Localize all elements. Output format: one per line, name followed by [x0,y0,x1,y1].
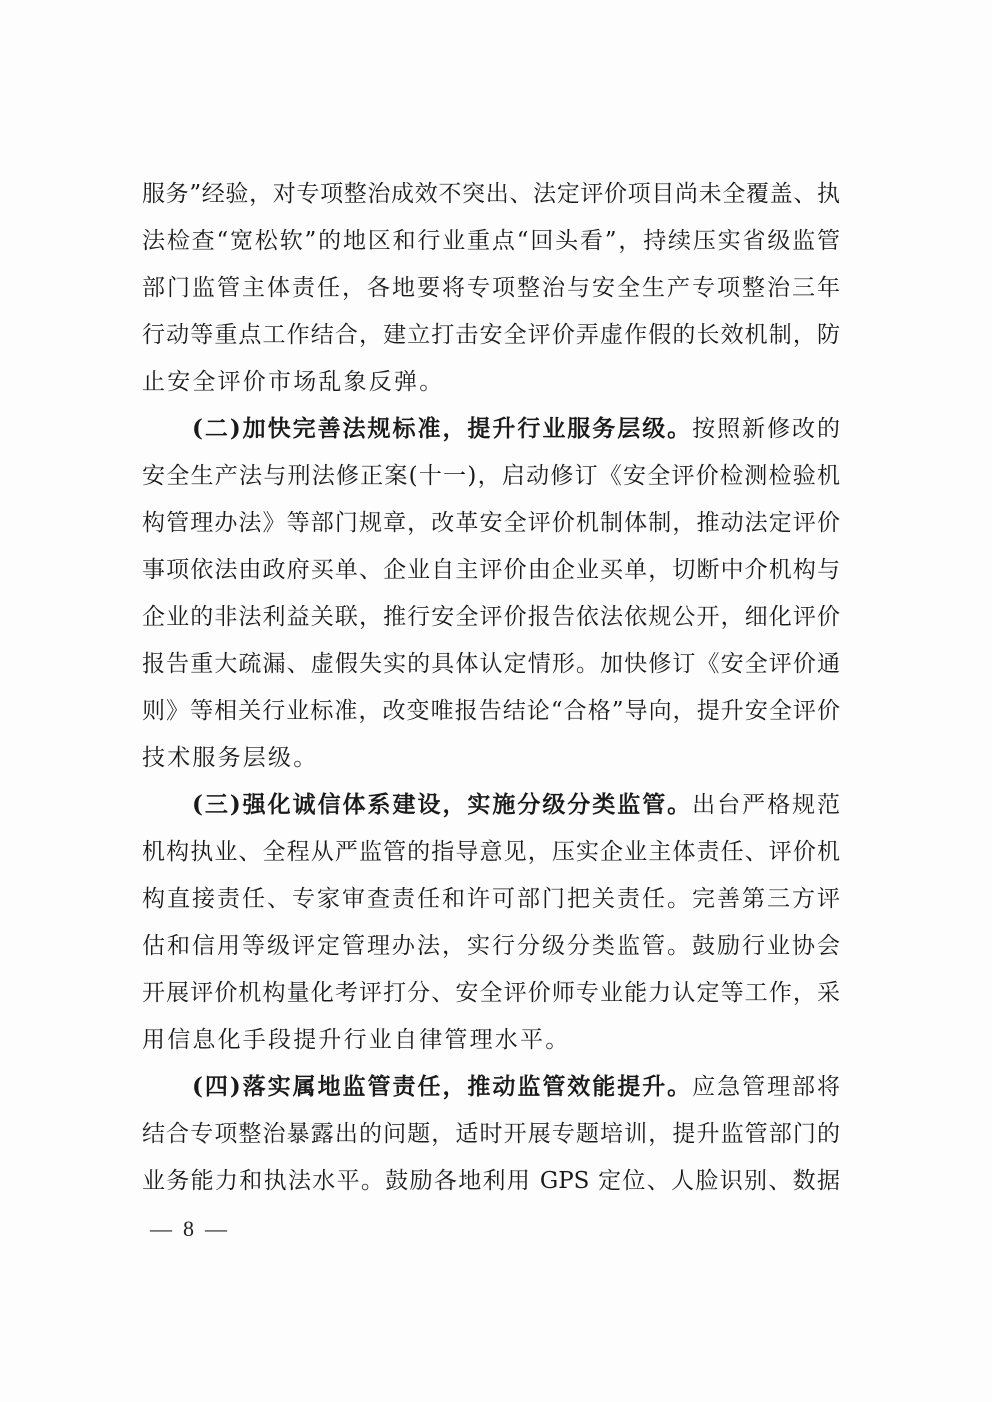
text-line: 估和信用等级评定管理办法，实行分级分类监管。鼓励行业协会 [142,931,840,961]
text-span: 应急管理部将 [692,1074,840,1100]
text-line: 行动等重点工作结合，建立打击安全评价弄虚作假的长效机制，防 [142,320,840,350]
text-line: 服务”经验，对专项整治成效不突出、法定评价项目尚未全覆盖、执 [142,179,840,209]
text-line: 技术服务层级。 [142,743,840,773]
text-line: 事项依法由政府买单、企业自主评价由企业买单，切断中介机构与 [142,555,840,585]
paragraph-heading-line: (二)加快完善法规标准，提升行业服务层级。按照新修改的 [192,414,840,444]
paragraph-heading: (二)加快完善法规标准，提升行业服务层级。 [192,415,692,442]
text-line: 法检查“宽松软”的地区和行业重点“回头看”，持续压实省级监管 [142,226,840,256]
text-line: 则》等相关行业标准，改变唯报告结论“合格”导向，提升安全评价 [142,696,840,726]
text-line: 构管理办法》等部门规章，改革安全评价机制体制，推动法定评价 [142,508,840,538]
paragraph-heading-line: (三)强化诚信体系建设，实施分级分类监管。出台严格规范 [192,790,840,820]
text-line: 结合专项整治暴露出的问题，适时开展专题培训，提升监管部门的 [142,1119,840,1149]
text-line: 部门监管主体责任，各地要将专项整治与安全生产专项整治三年 [142,273,840,303]
text-line: 业务能力和执法水平。鼓励各地利用 GPS 定位、人脸识别、数据 [142,1166,840,1196]
text-span: 出台严格规范 [692,792,840,818]
text-line: 用信息化手段提升行业自律管理水平。 [142,1025,840,1055]
document-page: 服务”经验，对专项整治成效不突出、法定评价项目尚未全覆盖、执 法检查“宽松软”的… [0,0,992,1402]
paragraph-heading: (四)落实属地监管责任，推动监管效能提升。 [192,1073,692,1100]
text-line: 企业的非法利益关联，推行安全评价报告依法依规公开，细化评价 [142,602,840,632]
text-line: 机构执业、全程从严监管的指导意见，压实企业主体责任、评价机 [142,837,840,867]
paragraph-heading-line: (四)落实属地监管责任，推动监管效能提升。应急管理部将 [192,1072,840,1102]
paragraph-heading: (三)强化诚信体系建设，实施分级分类监管。 [192,791,692,818]
text-line: 构直接责任、专家审查责任和许可部门把关责任。完善第三方评 [142,884,840,914]
page-number: — 8 — [150,1214,227,1244]
text-line: 开展评价机构量化考评打分、安全评价师专业能力认定等工作，采 [142,978,840,1008]
text-line: 止安全评价市场乱象反弹。 [142,367,840,397]
text-line: 安全生产法与刑法修正案(十一)，启动修订《安全评价检测检验机 [142,461,840,491]
text-line: 报告重大疏漏、虚假失实的具体认定情形。加快修订《安全评价通 [142,649,840,679]
text-span: 按照新修改的 [692,416,840,442]
